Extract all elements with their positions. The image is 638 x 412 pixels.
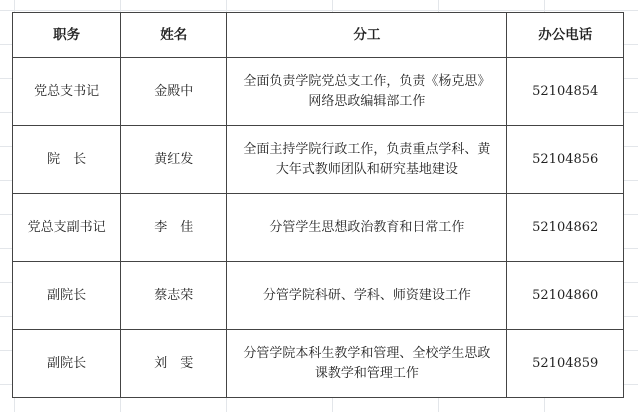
cell-phone[interactable]: 52104859 [507, 330, 624, 398]
table-row: 党总支副书记 李 佳 分管学生思想政治教育和日常工作 52104862 [13, 194, 624, 262]
cell-duty[interactable]: 分管学生思想政治教育和日常工作 [227, 194, 507, 262]
header-role[interactable]: 职务 [13, 13, 121, 58]
duty-line: 全面负责学院党总支工作，负责《杨克思》 [233, 72, 500, 92]
duty-line: 分管学生思想政治教育和日常工作 [233, 218, 500, 238]
duty-line: 网络思政编辑部工作 [233, 92, 500, 112]
cell-duty[interactable]: 分管学院本科生教学和管理、全校学生思政 课教学和管理工作 [227, 330, 507, 398]
cell-role[interactable]: 党总支书记 [13, 58, 121, 126]
header-duty[interactable]: 分工 [227, 13, 507, 58]
duty-line: 课教学和管理工作 [233, 364, 500, 384]
cell-duty[interactable]: 全面主持学院行政工作，负责重点学科、黄 大年式教师团队和研究基地建设 [227, 126, 507, 194]
header-name[interactable]: 姓名 [121, 13, 227, 58]
header-phone[interactable]: 办公电话 [507, 13, 624, 58]
cell-name[interactable]: 蔡志荣 [121, 262, 227, 330]
cell-name[interactable]: 刘 雯 [121, 330, 227, 398]
cell-role[interactable]: 院 长 [13, 126, 121, 194]
duty-line: 大年式教师团队和研究基地建设 [233, 160, 500, 180]
cell-role[interactable]: 副院长 [13, 330, 121, 398]
cell-duty[interactable]: 全面负责学院党总支工作，负责《杨克思》 网络思政编辑部工作 [227, 58, 507, 126]
table-row: 副院长 蔡志荣 分管学院科研、学科、师资建设工作 52104860 [13, 262, 624, 330]
cell-phone[interactable]: 52104854 [507, 58, 624, 126]
staff-table: 职务 姓名 分工 办公电话 党总支书记 金殿中 全面负责学院党总支工作，负责《杨… [12, 12, 624, 398]
header-row: 职务 姓名 分工 办公电话 [13, 13, 624, 58]
table-row: 副院长 刘 雯 分管学院本科生教学和管理、全校学生思政 课教学和管理工作 521… [13, 330, 624, 398]
cell-name[interactable]: 黄红发 [121, 126, 227, 194]
cell-phone[interactable]: 52104856 [507, 126, 624, 194]
cell-phone[interactable]: 52104862 [507, 194, 624, 262]
cell-name[interactable]: 金殿中 [121, 58, 227, 126]
duty-line: 分管学院科研、学科、师资建设工作 [233, 286, 500, 306]
cell-role[interactable]: 党总支副书记 [13, 194, 121, 262]
duty-line: 分管学院本科生教学和管理、全校学生思政 [233, 344, 500, 364]
table-row: 党总支书记 金殿中 全面负责学院党总支工作，负责《杨克思》 网络思政编辑部工作 … [13, 58, 624, 126]
duty-line: 全面主持学院行政工作，负责重点学科、黄 [233, 140, 500, 160]
cell-name[interactable]: 李 佳 [121, 194, 227, 262]
cell-role[interactable]: 副院长 [13, 262, 121, 330]
cell-phone[interactable]: 52104860 [507, 262, 624, 330]
table-row: 院 长 黄红发 全面主持学院行政工作，负责重点学科、黄 大年式教师团队和研究基地… [13, 126, 624, 194]
cell-duty[interactable]: 分管学院科研、学科、师资建设工作 [227, 262, 507, 330]
